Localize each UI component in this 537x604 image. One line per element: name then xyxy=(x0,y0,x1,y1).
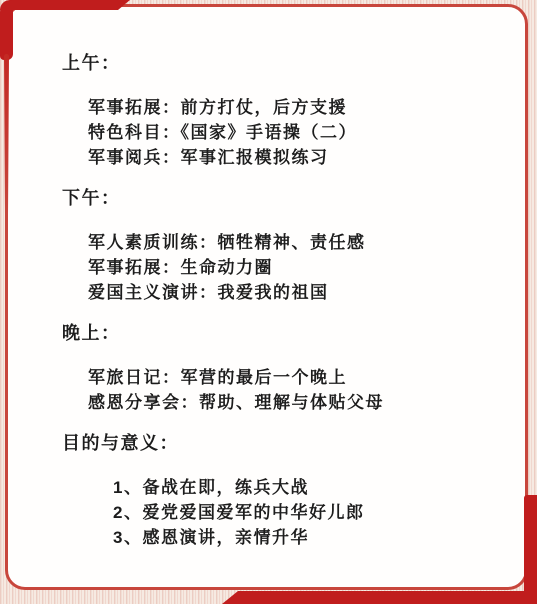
section-heading-purpose: 目的与意义： xyxy=(62,433,505,453)
section-purpose: 目的与意义： 1、备战在即，练兵大战 2、爱党爱国爱军的中华好儿郎 3、感恩演讲… xyxy=(62,433,505,550)
schedule-item: 爱国主义演讲：我爱我的祖国 xyxy=(88,280,505,305)
section-morning: 上午： 军事拓展：前方打仗，后方支援 特色科目：《国家》手语操（二） 军事阅兵：… xyxy=(62,53,505,170)
corner-accent-top-left-tail xyxy=(4,54,9,214)
schedule-item: 军旅日记：军营的最后一个晚上 xyxy=(88,365,505,390)
schedule-card: 上午： 军事拓展：前方打仗，后方支援 特色科目：《国家》手语操（二） 军事阅兵：… xyxy=(5,4,528,590)
corner-accent-top-left-horizontal xyxy=(0,0,130,10)
schedule-item: 军事拓展：前方打仗，后方支援 xyxy=(88,95,505,120)
schedule-item: 军事阅兵：军事汇报模拟练习 xyxy=(88,145,505,170)
schedule-page: 上午： 军事拓展：前方打仗，后方支援 特色科目：《国家》手语操（二） 军事阅兵：… xyxy=(0,0,537,604)
corner-accent-bottom-right-horizontal xyxy=(222,591,537,604)
section-afternoon: 下午： 军人素质训练：牺牲精神、责任感 军事拓展：生命动力圈 爱国主义演讲：我爱… xyxy=(62,188,505,305)
corner-accent-bottom-right-vertical xyxy=(524,495,537,604)
schedule-content: 上午： 军事拓展：前方打仗，后方支援 特色科目：《国家》手语操（二） 军事阅兵：… xyxy=(62,53,505,568)
section-items: 军事拓展：前方打仗，后方支援 特色科目：《国家》手语操（二） 军事阅兵：军事汇报… xyxy=(88,95,505,170)
schedule-item: 2、爱党爱国爱军的中华好儿郎 xyxy=(113,500,505,525)
section-items: 军人素质训练：牺牲精神、责任感 军事拓展：生命动力圈 爱国主义演讲：我爱我的祖国 xyxy=(88,230,505,305)
schedule-item: 感恩分享会：帮助、理解与体贴父母 xyxy=(88,390,505,415)
section-heading-evening: 晚上： xyxy=(62,323,505,343)
section-heading-morning: 上午： xyxy=(62,53,505,73)
corner-accent-top-left-vertical xyxy=(0,0,13,60)
schedule-item: 军事拓展：生命动力圈 xyxy=(88,255,505,280)
section-heading-afternoon: 下午： xyxy=(62,188,505,208)
section-items-numbered: 1、备战在即，练兵大战 2、爱党爱国爱军的中华好儿郎 3、感恩演讲，亲情升华 xyxy=(113,475,505,550)
section-evening: 晚上： 军旅日记：军营的最后一个晚上 感恩分享会：帮助、理解与体贴父母 xyxy=(62,323,505,415)
schedule-item: 3、感恩演讲，亲情升华 xyxy=(113,525,505,550)
schedule-item: 1、备战在即，练兵大战 xyxy=(113,475,505,500)
schedule-item: 特色科目：《国家》手语操（二） xyxy=(88,120,505,145)
schedule-item: 军人素质训练：牺牲精神、责任感 xyxy=(88,230,505,255)
section-items: 军旅日记：军营的最后一个晚上 感恩分享会：帮助、理解与体贴父母 xyxy=(88,365,505,415)
